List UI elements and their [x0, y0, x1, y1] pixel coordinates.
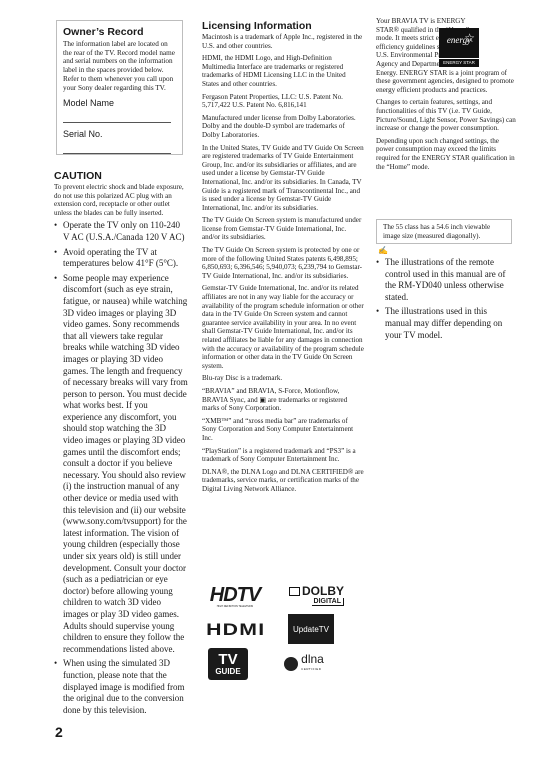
caution-list: Operate the TV only on 110-240 V AC (U.S… [54, 220, 188, 716]
dolby-word: DOLBY [302, 584, 344, 598]
caution-intro: To prevent electric shock and blade expo… [54, 183, 188, 217]
serial-no-label: Serial No. [63, 129, 177, 139]
licensing-paragraph: “PlayStation” is a registered trademark … [202, 447, 364, 464]
dlna-text-group: dlna CERTIFIED [301, 654, 324, 674]
licensing-paragraph: The TV Guide On Screen system is manufac… [202, 216, 364, 242]
hdmi-logo-text: HDMI [206, 620, 265, 640]
note-pencil-icon: ✍ [378, 246, 388, 255]
serial-no-field [63, 139, 171, 154]
caution-item: When using the simulated 3D function, pl… [54, 658, 188, 716]
double-d-icon [289, 587, 300, 596]
screen-size-note: The 55 class has a 54.6 inch viewable im… [376, 219, 512, 244]
dlna-logo-text: dlna [301, 654, 324, 664]
caution-title: CAUTION [54, 170, 188, 182]
licensing-paragraph: DLNA®, the DLNA Logo and DLNA CERTIFIED®… [202, 468, 364, 494]
licensing-paragraph: Fergason Patent Properties, LLC: U.S. Pa… [202, 93, 364, 110]
owners-record-title: Owner’s Record [63, 26, 177, 38]
licensing-paragraph: “BRAVIA” and BRAVIA, S-Force, Motionflow… [202, 387, 364, 413]
licensing-paragraph: In the United States, TV Guide and TV Gu… [202, 144, 364, 213]
energy-star-label: ENERGY STAR [439, 58, 479, 65]
licensing-title: Licensing Information [202, 20, 364, 32]
hdmi-logo: HDMI [204, 620, 268, 640]
trademark-logos: HDTV HIGH DEFINITION TELEVISION DOLBY DI… [202, 580, 364, 690]
caution-item: Avoid operating the TV at temperatures b… [54, 247, 188, 270]
energy-star-logo: energy ☆ ENERGY STAR [439, 28, 479, 67]
tv-guide-top: TV [218, 653, 237, 667]
dlna-logo: dlna CERTIFIED [276, 652, 332, 676]
page-number: 2 [55, 724, 63, 740]
note-item: The illustrations of the remote control … [376, 257, 514, 303]
licensing-paragraph: Gemstar-TV Guide International, Inc. and… [202, 284, 364, 370]
hdtv-logo-text: HDTV [210, 585, 260, 605]
dolby-logo-text: DOLBY [289, 585, 344, 598]
owners-record-text: The information label are located on the… [63, 40, 177, 92]
dlna-mark-icon [284, 657, 298, 671]
caution-item: Some people may experience discomfort (s… [54, 273, 188, 656]
dolby-digital-text: DIGITAL [312, 598, 344, 606]
caution-item: Operate the TV only on 110-240 V AC (U.S… [54, 220, 188, 243]
energy-paragraph: Depending upon such changed settings, th… [376, 137, 516, 171]
updatetv-logo-text: UpdateTV [293, 625, 329, 634]
caution-section: CAUTION To prevent electric shock and bl… [54, 170, 188, 719]
updatetv-logo: UpdateTV [288, 614, 334, 644]
model-name-field [63, 108, 171, 123]
licensing-paragraph: Macintosh is a trademark of Apple Inc., … [202, 33, 364, 50]
energy-paragraph: Changes to certain features, settings, a… [376, 98, 516, 132]
dolby-digital-logo: DOLBY DIGITAL [280, 582, 344, 608]
licensing-paragraph: Manufactured under license from Dolby La… [202, 114, 364, 140]
tv-guide-logo: TV GUIDE [208, 648, 248, 680]
owners-record-box: Owner’s Record The information label are… [56, 20, 183, 155]
licensing-section: Licensing Information Macintosh is a tra… [202, 20, 364, 498]
hdtv-logo-subtext: HIGH DEFINITION TELEVISION [217, 605, 254, 609]
hdtv-logo: HDTV HIGH DEFINITION TELEVISION [204, 582, 266, 612]
licensing-paragraph: Blu-ray Disc is a trademark. [202, 374, 364, 383]
licensing-paragraph: “XMB™” and “xross media bar” are tradema… [202, 417, 364, 443]
energy-star-icon: ☆ [464, 31, 475, 46]
note-item: The illustrations used in this manual ma… [376, 306, 514, 341]
dlna-certified-text: CERTIFIED [301, 664, 324, 674]
notes-list: The illustrations of the remote control … [376, 257, 514, 344]
model-name-label: Model Name [63, 98, 177, 108]
tv-guide-bottom: GUIDE [215, 667, 240, 676]
licensing-paragraph: The TV Guide On Screen system is protect… [202, 246, 364, 280]
licensing-paragraph: HDMI, the HDMI Logo, and High-Definition… [202, 54, 364, 88]
